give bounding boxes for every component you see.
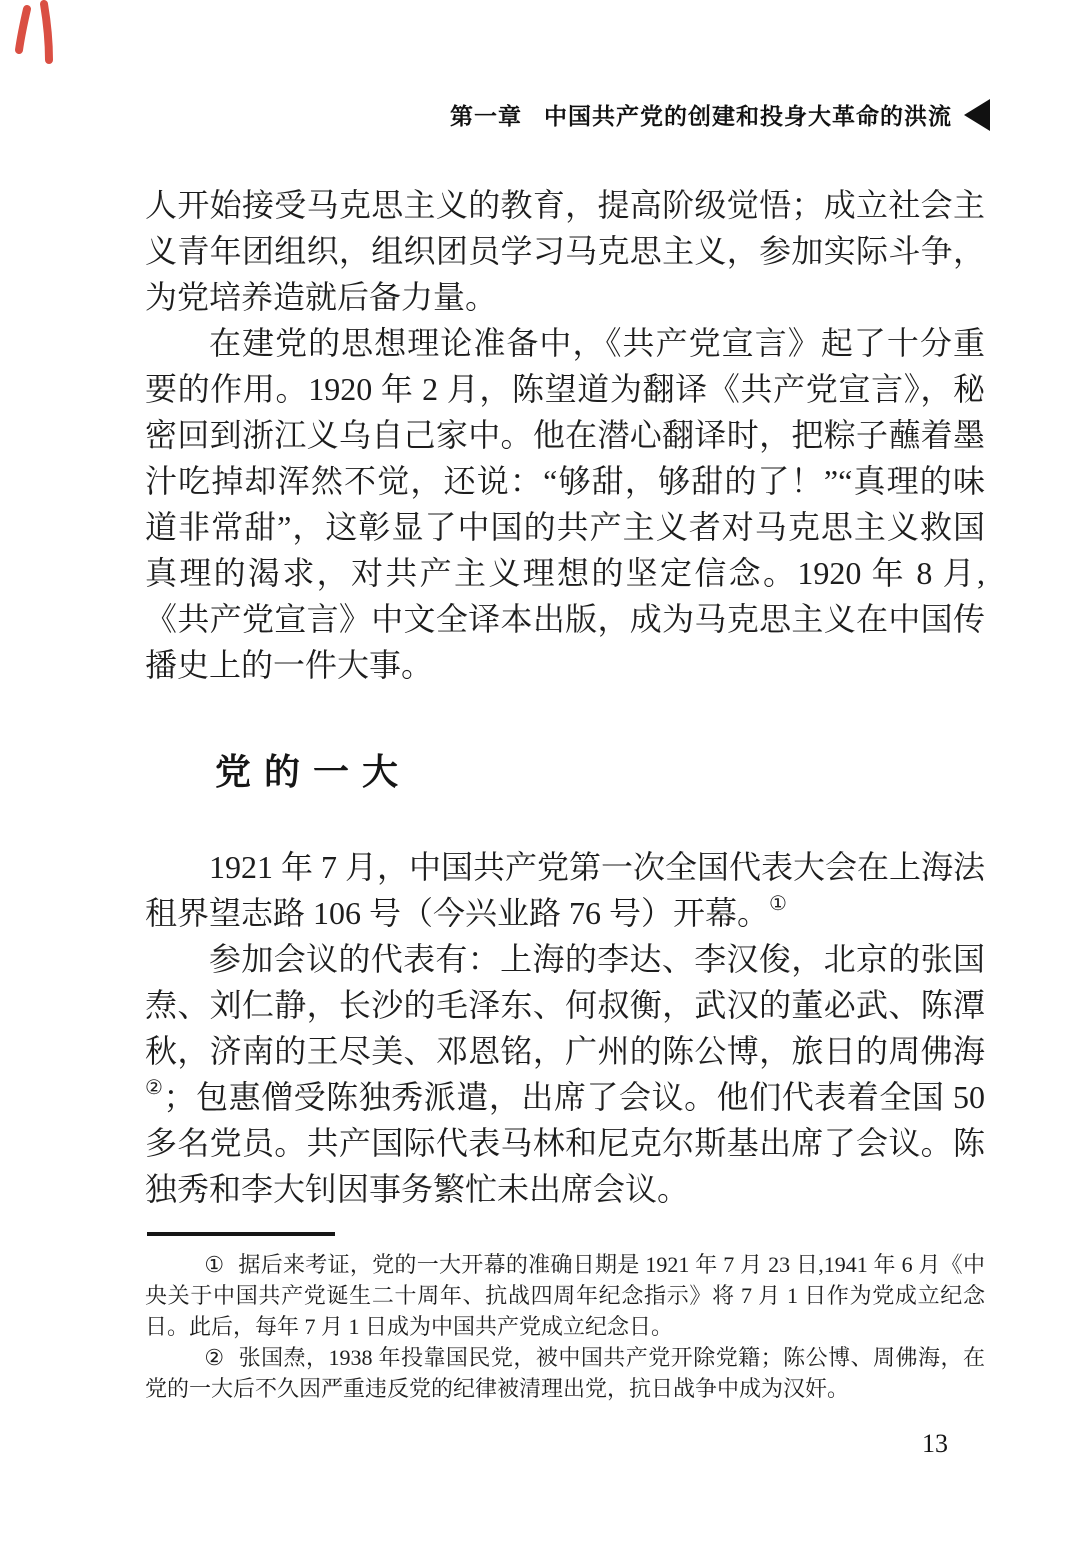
left-triangle-icon (964, 99, 990, 131)
footnote-ref-1: ① (769, 893, 787, 915)
running-header: 第一章 中国共产党的创建和投身大革命的洪流 (450, 98, 990, 131)
paragraph-3-text: 1921 年 7 月，中国共产党第一次全国代表大会在上海法租界望志路 106 号… (145, 849, 985, 931)
footnote-2-marker: ② (204, 1345, 224, 1370)
body-text: 人开始接受马克思主义的教育，提高阶级觉悟；成立社会主义青年团组织，组织团员学习马… (145, 182, 985, 1212)
book-page: 第一章 中国共产党的创建和投身大革命的洪流 人开始接受马克思主义的教育，提高阶级… (0, 0, 1080, 1545)
footnotes-block: ①据后来考证，党的一大开幕的准确日期是 1921 年 7 月 23 日,1941… (145, 1232, 985, 1404)
section-heading: 党的一大 (215, 746, 985, 798)
body-paragraph-3: 1921 年 7 月，中国共产党第一次全国代表大会在上海法租界望志路 106 号… (145, 844, 985, 936)
footnote-1-text: 据后来考证，党的一大开幕的准确日期是 1921 年 7 月 23 日,1941 … (145, 1252, 985, 1339)
paragraph-4-text-after: ；包惠僧受陈独秀派遣，出席了会议。他们代表着全国 50 多名党员。共产国际代表马… (145, 1079, 985, 1207)
footnote-1-marker: ① (204, 1252, 224, 1277)
footnote-ref-2: ② (145, 1077, 163, 1099)
chapter-label: 第一章 (450, 98, 522, 131)
footnote-2-text: 张国焘，1938 年投靠国民党，被中国共产党开除党籍；陈公博、周佛海，在党的一大… (145, 1345, 985, 1401)
red-pen-mark-icon (6, 0, 62, 70)
footnote-2: ②张国焘，1938 年投靠国民党，被中国共产党开除党籍；陈公博、周佛海，在党的一… (145, 1342, 985, 1404)
chapter-title: 中国共产党的创建和投身大革命的洪流 (544, 98, 952, 131)
footnote-1: ①据后来考证，党的一大开幕的准确日期是 1921 年 7 月 23 日,1941… (145, 1249, 985, 1342)
page-number: 13 (922, 1429, 948, 1459)
body-paragraph-1: 人开始接受马克思主义的教育，提高阶级觉悟；成立社会主义青年团组织，组织团员学习马… (145, 182, 985, 320)
footnote-divider (147, 1232, 335, 1236)
body-paragraph-4: 参加会议的代表有：上海的李达、李汉俊，北京的张国焘、刘仁静，长沙的毛泽东、何叔衡… (145, 936, 985, 1212)
body-paragraph-2: 在建党的思想理论准备中，《共产党宣言》起了十分重要的作用。1920 年 2 月，… (145, 320, 985, 688)
paragraph-4-text-before: 参加会议的代表有：上海的李达、李汉俊，北京的张国焘、刘仁静，长沙的毛泽东、何叔衡… (145, 941, 985, 1069)
